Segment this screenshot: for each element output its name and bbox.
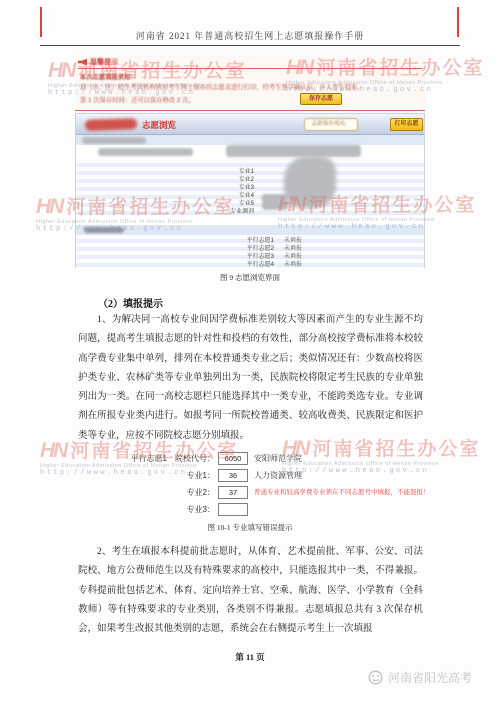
page-number: 第 11 页: [0, 651, 500, 663]
parallel-row-label: 平行志愿4: [206, 261, 274, 269]
watermark-logo-icon: HN: [36, 195, 62, 219]
parallel-row-label: 平行志愿1: [206, 237, 274, 245]
major-row-label: 专业5: [196, 200, 254, 208]
redaction-block: [82, 137, 146, 144]
tip-line: 本次志愿填报须知：: [80, 72, 410, 81]
sunshine-gaokao-logo-icon: [368, 670, 383, 685]
tip-title-row: 温馨提示: [78, 56, 422, 69]
volunteer-browse-screenshot: 志愿浏览 志愿保存成功。 打印志愿 专业1 专业2 专业3 专业4 专业5 专业…: [75, 113, 425, 268]
tip-line: 县（市、区）招生考试机构将对考生网上保存的志愿表进行打印，经考生签字确认后，存入…: [80, 82, 410, 91]
parallel-row-label: 平行志愿2: [206, 245, 274, 253]
watermark-logo-icon: HN: [40, 439, 66, 463]
major2-error-message: 普通专业和较高学费专业须在不同志愿号中填报，不能混报！: [254, 486, 430, 499]
redaction-block: [226, 145, 361, 157]
figure9-caption: 图 9 志愿浏览界面: [0, 272, 500, 283]
watermark-logo-icon: HN: [48, 59, 74, 83]
megaphone-icon: [78, 59, 87, 66]
brand-footer: 河南省阳光高考: [368, 669, 472, 686]
header-divider: [40, 45, 460, 46]
major-row-label: 专业1: [196, 168, 254, 176]
save-status-chip: 志愿保存成功。: [304, 118, 358, 131]
major2-code-input[interactable]: 37: [218, 486, 248, 499]
paragraph: 1、为解决同一高校专业间因学费标准差别较大等因素而产生的专业生源不均问题，提高考…: [78, 311, 423, 446]
college-row-label: 平行志愿1 院校代号：: [90, 452, 215, 465]
redaction-block: [98, 148, 193, 156]
redaction-block: [84, 227, 124, 233]
major3-label: 专业3：: [90, 503, 215, 516]
tip-box-screenshot: 温馨提示 本次志愿填报须知： 县（市、区）招生考试机构将对考生网上保存的志愿表进…: [75, 55, 425, 111]
document-page: 河南省 2021 年普通高校招生网上志愿填报操作手册 温馨提示 本次志愿填报须知…: [0, 0, 500, 707]
parallel-row-value: 未填报: [284, 261, 302, 269]
college-name: 安阳师范学院: [254, 452, 302, 465]
brand-name: 河南省阳光高考: [388, 669, 472, 686]
parallel-row-value: 未填报: [284, 245, 302, 253]
parallel-row-label: 平行志愿3: [206, 253, 274, 261]
major1-code-input[interactable]: 36: [218, 469, 248, 482]
print-volunteer-button[interactable]: 打印志愿: [390, 118, 423, 131]
major-row-label: 专业3: [196, 184, 254, 192]
parallel-row-value: 未填报: [284, 253, 302, 261]
figure10-caption: 图 10-1 专业填写错误提示: [0, 522, 500, 533]
redaction-scribble: [85, 118, 137, 131]
redaction-block: [284, 156, 336, 208]
paragraph: 2、考生在填报本科提前批志愿时，从体育、艺术提前批、军事、公安、司法院校、地方公…: [78, 543, 423, 639]
section-heading: （2）填报提示: [78, 295, 422, 310]
browse-title: 志愿浏览: [142, 119, 176, 131]
tip-title: 温馨提示: [90, 57, 118, 67]
major-row-label: 专业调剂: [196, 208, 254, 216]
major-error-screenshot: 平行志愿1 院校代号： 6050 安阳师范学院 专业1： 36 人力资源管理 专…: [90, 452, 422, 518]
major-row-label: 专业4: [196, 192, 254, 200]
major1-name: 人力资源管理: [254, 469, 302, 482]
major-row-label: 专业2: [196, 176, 254, 184]
table-band: [76, 225, 424, 235]
page-title: 河南省 2021 年普通高校招生网上志愿填报操作手册: [0, 29, 500, 42]
redaction-block: [262, 194, 288, 210]
save-volunteer-button[interactable]: 保存志愿: [300, 93, 342, 105]
major3-code-input[interactable]: [218, 503, 248, 516]
college-code-input[interactable]: 6050: [218, 452, 248, 465]
major2-label: 专业2：: [90, 486, 215, 499]
parallel-row-value: 未填报: [284, 237, 302, 245]
major1-label: 专业1：: [90, 469, 215, 482]
tip-line: 第 1 次保存时间：还可以保存修改 2 次。: [80, 95, 295, 104]
